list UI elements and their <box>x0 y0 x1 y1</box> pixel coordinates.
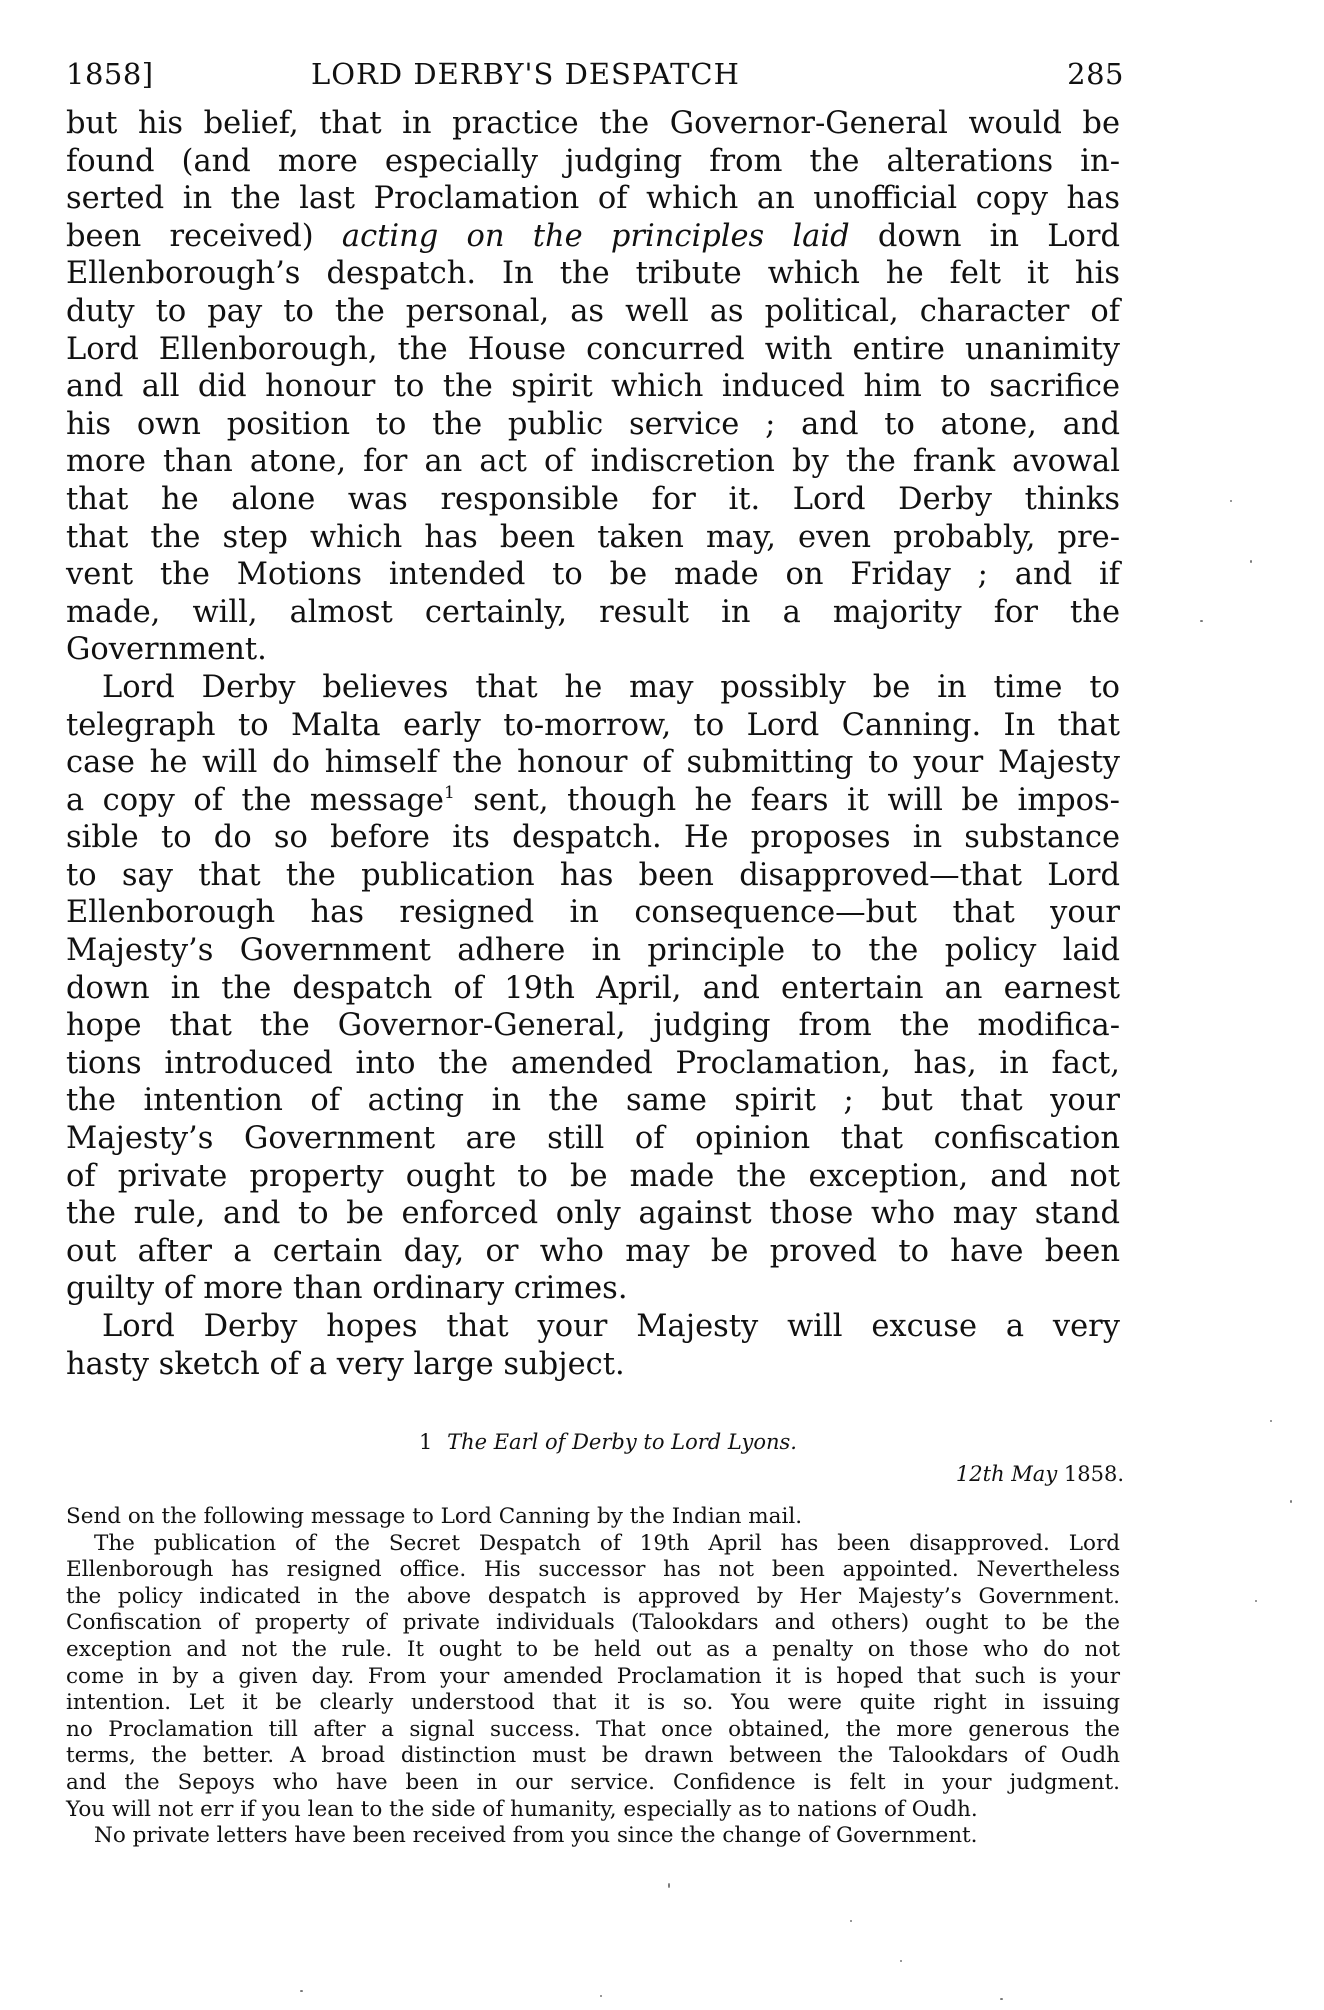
text-line: but his belief, that in practice the Gov… <box>66 105 1120 143</box>
footnote-text: Send on the following message to Lord Ca… <box>66 1504 1120 1850</box>
text-line: down in the despatch of 19th April, and … <box>66 970 1120 1008</box>
paragraph-start-line: Lord Derby believes that he may possibly… <box>66 669 1120 707</box>
scan-speck <box>1000 1998 1003 2000</box>
text-run: down in Lord <box>850 219 1120 254</box>
text-line: the rule, and to be enforced only agains… <box>66 1195 1120 1233</box>
text-line: guilty of more than ordinary crimes. <box>66 1270 1120 1308</box>
footnote-line: Send on the following message to Lord Ca… <box>66 1504 1120 1531</box>
scan-speck <box>1270 1420 1272 1422</box>
footnote-heading: 1 The Earl of Derby to Lord Lyons. <box>66 1428 1120 1456</box>
text-line: Government. <box>66 631 1120 669</box>
footnote-date-month: May <box>1011 1462 1057 1486</box>
footnote-line: Ellenborough has resigned office. His su… <box>66 1557 1120 1584</box>
paragraph-start-line: Lord Derby hopes that your Majesty will … <box>66 1308 1120 1346</box>
text-line: found (and more especially judging from … <box>66 143 1120 181</box>
text-run: been received) <box>66 219 342 254</box>
text-line: Ellenborough’s despatch. In the tribute … <box>66 255 1120 293</box>
text-line: more than atone, for an act of indiscret… <box>66 443 1120 481</box>
footnote-marker: 1 <box>419 1430 432 1454</box>
text-line: Lord Ellenborough, the House concurred w… <box>66 331 1120 369</box>
footnote-date-day: 12th <box>956 1462 1005 1486</box>
footnote-line: The publication of the Secret Despatch o… <box>66 1531 1120 1558</box>
footnote-line: Confiscation of property of private indi… <box>66 1610 1120 1637</box>
footnote-date-year: 1858. <box>1064 1462 1124 1486</box>
text-line: been received) acting on the principles … <box>66 218 1120 256</box>
text-line: and all did honour to the spirit which i… <box>66 368 1120 406</box>
footnote-date: 12th May 1858. <box>956 1460 1124 1488</box>
text-line: sible to do so before its despatch. He p… <box>66 819 1120 857</box>
book-page: 1858] LORD DERBY'S DESPATCH 285 but his … <box>0 0 1324 2010</box>
scan-speck <box>1200 620 1203 622</box>
text-run: sent, though he fears it will be impos- <box>455 783 1120 818</box>
scan-speck <box>1290 1500 1292 1503</box>
text-line: his own position to the public service ;… <box>66 406 1120 444</box>
footnote-title: The Earl of Derby to Lord Lyons. <box>447 1430 797 1454</box>
text-line: Majesty’s Government adhere in principle… <box>66 932 1120 970</box>
footnote-line: terms, the better. A broad distinction m… <box>66 1743 1120 1770</box>
text-run: a copy of the message <box>66 783 444 818</box>
text-line: Ellenborough has resigned in consequence… <box>66 894 1120 932</box>
text-line: of private property ought to be made the… <box>66 1158 1120 1196</box>
text-line: Majesty’s Government are still of opinio… <box>66 1120 1120 1158</box>
footnote-line: intention. Let it be clearly understood … <box>66 1690 1120 1717</box>
text-line: a copy of the message1 sent, though he f… <box>66 782 1120 820</box>
main-text: but his belief, that in practice the Gov… <box>66 105 1120 1383</box>
text-line: telegraph to Malta early to-morrow, to L… <box>66 707 1120 745</box>
text-line: case he will do himself the honour of su… <box>66 744 1120 782</box>
footnote-line: come in by a given day. From your amende… <box>66 1664 1120 1691</box>
text-line: duty to pay to the personal, as well as … <box>66 293 1120 331</box>
italic-text-run: acting on the principles laid <box>342 219 850 254</box>
footnote-line: exception and not the rule. It ought to … <box>66 1637 1120 1664</box>
text-line: tions introduced into the amended Procla… <box>66 1045 1120 1083</box>
text-line: that he alone was responsible for it. Lo… <box>66 481 1120 519</box>
running-head-year: 1858] <box>66 54 154 94</box>
running-head: 1858] LORD DERBY'S DESPATCH 285 <box>66 54 1124 94</box>
text-line: hope that the Governor-General, judging … <box>66 1007 1120 1045</box>
text-line: that the step which has been taken may, … <box>66 519 1120 557</box>
footnote-line: the policy indicated in the above despat… <box>66 1584 1120 1611</box>
footnote-reference: 1 <box>444 783 455 803</box>
footnote-line: and the Sepoys who have been in our serv… <box>66 1770 1120 1797</box>
scan-speck <box>1230 500 1232 502</box>
scan-speck <box>900 1960 902 1962</box>
scan-speck <box>600 1995 602 1997</box>
scan-speck <box>1255 1600 1257 1602</box>
text-line: serted in the last Proclamation of which… <box>66 180 1120 218</box>
text-line: vent the Motions intended to be made on … <box>66 556 1120 594</box>
footnote-line: no Proclamation till after a signal succ… <box>66 1717 1120 1744</box>
footnote-line: You will not err if you lean to the side… <box>66 1797 1120 1824</box>
footnote-line: No private letters have been received fr… <box>66 1823 1120 1850</box>
text-line: made, will, almost certainly, result in … <box>66 594 1120 632</box>
text-line: out after a certain day, or who may be p… <box>66 1233 1120 1271</box>
page-number: 285 <box>1067 54 1124 94</box>
text-line: to say that the publication has been dis… <box>66 857 1120 895</box>
text-line: the intention of acting in the same spir… <box>66 1082 1120 1120</box>
scan-speck <box>300 1990 303 1992</box>
scan-speck <box>850 1920 852 1922</box>
scan-speck <box>1250 560 1252 563</box>
text-line: hasty sketch of a very large subject. <box>66 1346 1120 1384</box>
scan-speck <box>668 1883 670 1888</box>
running-head-title: LORD DERBY'S DESPATCH <box>311 54 740 94</box>
